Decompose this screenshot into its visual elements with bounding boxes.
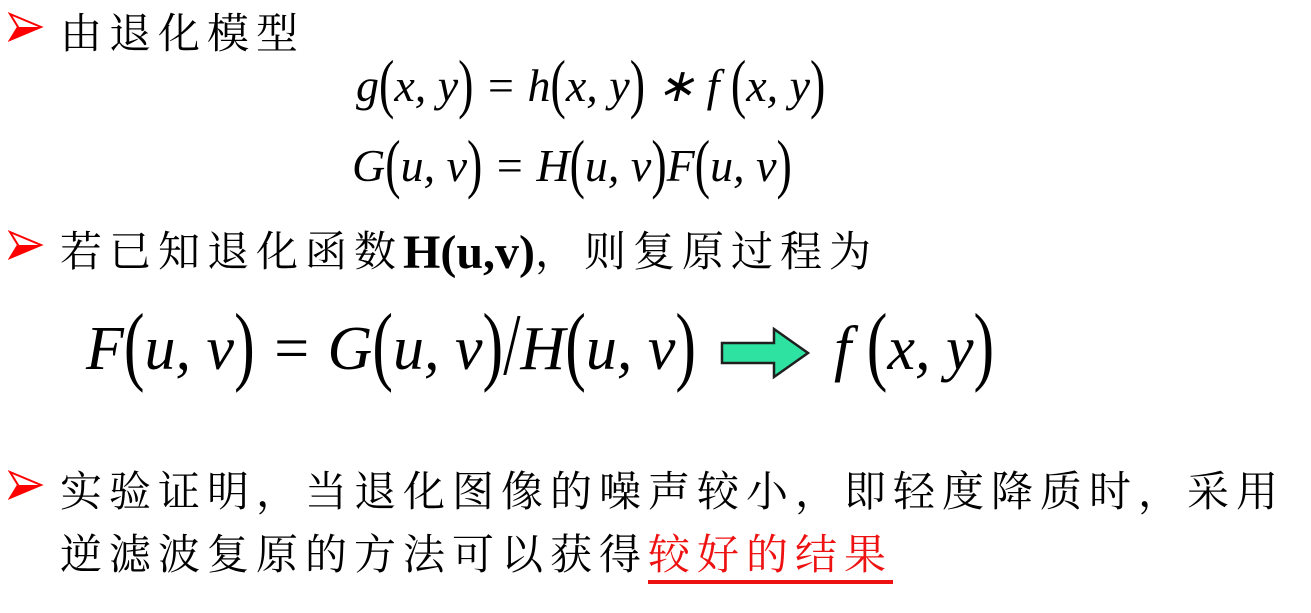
bullet-arrowhead-icon xyxy=(8,469,44,501)
formula-inverse-filter: F(u, v) = G(u, v)/H(u, v) xyxy=(86,308,696,392)
bullet2-text-after: ，则复原过程为 xyxy=(535,230,878,276)
bullet3-emphasis: 较好的结果 xyxy=(648,533,893,584)
bullet3-line2-prefix: 逆滤波复原的方法可以获得 xyxy=(60,533,648,579)
restoration-formula-row: F(u, v) = G(u, v)/H(u, v) f (x, y) xyxy=(86,308,994,392)
bullet-item-experiment-result: 实验证明，当退化图像的噪声较小，即轻度降质时，采用 逆滤波复原的方法可以获得较好… xyxy=(8,462,1285,588)
bullet-arrowhead-icon xyxy=(8,229,44,261)
formula-spatial-degradation: g(x, y) = h(x, y) ∗ f (x, y) xyxy=(356,56,825,116)
bullet2-text-before: 若已知退化函数 xyxy=(60,230,403,276)
bullet3-line1: 实验证明，当退化图像的噪声较小，即轻度降质时，采用 xyxy=(60,462,1285,525)
green-block-arrow-icon xyxy=(720,325,810,381)
bullet2-text: 若已知退化函数H(u,v)，则复原过程为 xyxy=(60,222,878,285)
bullet-item-degradation-model: 由退化模型 xyxy=(8,4,305,67)
slide: 由退化模型 g(x, y) = h(x, y) ∗ f (x, y) G(u, … xyxy=(0,0,1311,613)
bullet3-text: 实验证明，当退化图像的噪声较小，即轻度降质时，采用 逆滤波复原的方法可以获得较好… xyxy=(60,462,1285,588)
bullet3-line2: 逆滤波复原的方法可以获得较好的结果 xyxy=(60,525,1285,588)
bullet-arrowhead-icon xyxy=(8,11,44,43)
formula-frequency-degradation: G(u, v) = H(u, v)F(u, v) xyxy=(352,136,792,196)
formula-restored-image: f (x, y) xyxy=(834,308,994,392)
bullet2-inline-math: H(u,v) xyxy=(403,226,535,279)
bullet1-text: 由退化模型 xyxy=(60,4,305,67)
bullet-item-known-degradation: 若已知退化函数H(u,v)，则复原过程为 xyxy=(8,222,878,285)
